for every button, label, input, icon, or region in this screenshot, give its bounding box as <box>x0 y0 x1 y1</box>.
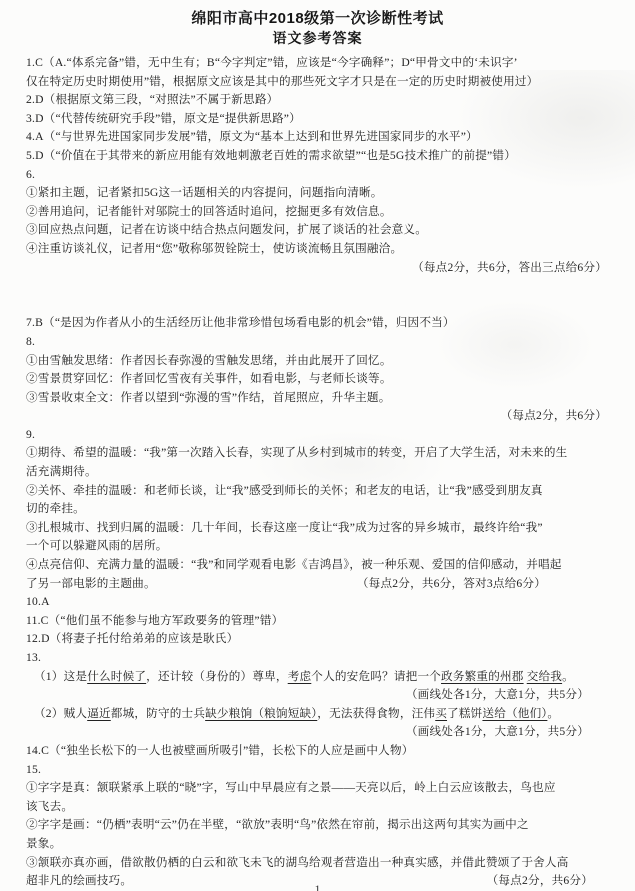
text-segment: 7.B（“是因为作者从小的生活经历让他非常珍惜包场看电影的机会”错，归因不当） <box>26 316 455 329</box>
exam-title: 绵阳市高中2018级第一次诊断性考试 <box>26 8 609 29</box>
document-page: 绵阳市高中2018级第一次诊断性考试 语文参考答案 1.C（A.“体系完备”错，… <box>0 0 635 891</box>
answer-line: ②关怀、牵挂的温暖：和老师长谈，让“我”感受到师长的关怀；和老友的电话，让“我”… <box>26 482 609 501</box>
answer-text: 2.D（根据原文第三段，“对照法”不属于新思路） <box>26 91 278 110</box>
answer-text: 该飞去。 <box>26 798 73 817</box>
answer-text: 切的牵挂。 <box>26 500 85 519</box>
answer-text: ①紧扣主题，记者紧扣5G这一话题相关的内容提问，问题指向清晰。 <box>26 184 383 203</box>
text-segment: 10.A <box>26 595 50 608</box>
text-segment: 13. <box>26 651 41 664</box>
answer-text: 1.C（A.“体系完备”错，无中生有；B“今字判定”错，应该是“今字确释”；D“… <box>26 54 518 73</box>
text-segment: ②字字是画：“仍栖”表明“云”仍在半壁，“欲放”表明“鸟”依然在帘前，揭示出这两… <box>26 818 529 831</box>
answer-text: （2）贼人逼近都城，防守的士兵缺少粮饷（粮饷短缺），无法获得食物，汪伟买了糕饼送… <box>34 705 559 724</box>
underlined-phrase: 逼近 <box>87 707 111 720</box>
answer-text: （1）这是什么时候了，还计较（身份的）尊卑，考虑个人的安危吗？请把一个政务繁重的… <box>34 668 574 687</box>
underlined-phrase: 政务繁重的州郡 <box>441 670 524 683</box>
answer-line: ①由雪触发思绪：作者因长春弥漫的雪触发思绪，并由此展开了回忆。 <box>26 352 609 371</box>
text-segment: 4.A（“与世界先进国家同步发展”错，原文为“基本上达到和世界先进国家同步的水平… <box>26 130 478 143</box>
text-segment: 仅在特定历史时期使用”错，根据原文应该是其中的那些死文字才只是在一定的历史时期被… <box>26 75 538 88</box>
answer-text: 5.D（“价值在于其带来的新应用能有效地刺激老百姓的需求欲望”“也是5G技术推广… <box>26 147 516 166</box>
underlined-phrase: 考虑 <box>288 670 312 683</box>
text-segment: ①紧扣主题，记者紧扣5G这一话题相关的内容提问，问题指向清晰。 <box>26 186 383 199</box>
answer-text: 10.A <box>26 593 50 612</box>
underlined-phrase: 送给（他们） <box>482 707 547 720</box>
answer-text: ①期待、希望的温暖：“我”第一次踏入长春，实现了从乡村到城市的转变，开启了大学生… <box>26 444 567 463</box>
answer-line: （每点2分，共6分，答出三点给6分） <box>26 259 609 278</box>
answer-text: 7.B（“是因为作者从小的生活经历让他非常珍惜包场看电影的机会”错，归因不当） <box>26 314 455 333</box>
answer-text: 仅在特定历史时期使用”错，根据原文应该是其中的那些死文字才只是在一定的历史时期被… <box>26 73 538 92</box>
answer-text: 15. <box>26 761 41 780</box>
answer-line: 6. <box>26 166 609 185</box>
answer-text: ②字字是画：“仍栖”表明“云”仍在半壁，“欲放”表明“鸟”依然在帘前，揭示出这两… <box>26 816 529 835</box>
answer-line: ①紧扣主题，记者紧扣5G这一话题相关的内容提问，问题指向清晰。 <box>26 184 609 203</box>
answer-text: ③雪景收束全文：作者以望到“弥漫的雪”作结，首尾照应，升华主题。 <box>26 389 391 408</box>
answer-line: （画线处各1分，大意1分，共5分） <box>26 723 609 742</box>
text-segment: ，无法获得食物，汪伟 <box>317 707 435 720</box>
text-segment: 14.C（“独坐长松下的一人也被壁画所吸引”错，长松下的人应是画中人物） <box>26 744 414 757</box>
text-segment: 个人的安危吗？请把一个 <box>311 670 441 683</box>
text-segment: （2）贼人 <box>34 707 87 720</box>
answer-text: 活充满期待。 <box>26 463 97 482</box>
text-segment: 了糕饼 <box>447 707 482 720</box>
blank-line <box>26 296 609 315</box>
answer-line: ②善用追问，记者能针对邬院士的回答适时追问，挖掘更多有效信息。 <box>26 203 609 222</box>
answer-line: 活充满期待。 <box>26 463 609 482</box>
underlined-phrase: 什么时候了 <box>87 670 146 683</box>
answer-line: ①期待、希望的温暖：“我”第一次踏入长春，实现了从乡村到城市的转变，开启了大学生… <box>26 444 609 463</box>
answer-text: ③颔联亦真亦画，借欲散仍栖的白云和欲飞未飞的湖鸟给观者营造出一种真实感，并借此赞… <box>26 854 569 873</box>
text-segment: ②雪景贯穿回忆：作者回忆雪夜有关事件，如看电影，与老师长谈等。 <box>26 372 392 385</box>
text-segment: 3.D（“代替传统研究手段”错，原文是“提供新思路”） <box>26 112 301 125</box>
answer-line: 10.A <box>26 593 609 612</box>
answer-text: ④注重访谈礼仪，记者用“您”敬称邬贺铨院士，使访谈流畅且氛围融洽。 <box>26 240 402 259</box>
answer-text: ②关怀、牵挂的温暖：和老师长谈，让“我”感受到师长的关怀；和老友的电话，让“我”… <box>26 482 543 501</box>
answer-line: 该飞去。 <box>26 798 609 817</box>
text-segment: 5.D（“价值在于其带来的新应用能有效地刺激老百姓的需求欲望”“也是5G技术推广… <box>26 149 516 162</box>
text-segment: 切的牵挂。 <box>26 502 85 515</box>
text-segment: 6. <box>26 168 35 181</box>
answer-text: ③回应热点问题，记者在访谈中结合热点问题发问，扩展了谈话的社会意义。 <box>26 221 427 240</box>
answer-line: ④点亮信仰、充满力量的温暖：“我”和同学观看电影《吉鸿昌》，被一种乐观、爱国的信… <box>26 556 609 575</box>
underlined-phrase: 缺少粮饷（粮饷短缺） <box>205 707 317 720</box>
text-segment: 。 <box>562 670 574 683</box>
text-segment: ②善用追问，记者能针对邬院士的回答适时追问，挖掘更多有效信息。 <box>26 205 392 218</box>
answer-line: 2.D（根据原文第三段，“对照法”不属于新思路） <box>26 91 609 110</box>
text-segment: ①字字是真：颔联紧承上联的“晓”字，写山中早晨应有之景——天亮以后，岭上白云应该… <box>26 781 556 794</box>
answer-line: 1.C（A.“体系完备”错，无中生有；B“今字判定”错，应该是“今字确释”；D“… <box>26 54 609 73</box>
answer-line: 切的牵挂。 <box>26 500 609 519</box>
answer-line: 15. <box>26 761 609 780</box>
text-segment: ③扎根城市、找到归属的温暖：几十年间，长春这座一度让“我”成为过客的异乡城市，最… <box>26 521 543 534</box>
answer-text: 13. <box>26 649 41 668</box>
text-segment: ①期待、希望的温暖：“我”第一次踏入长春，实现了从乡村到城市的转变，开启了大学生… <box>26 446 567 459</box>
answer-text: 8. <box>26 333 35 352</box>
answer-line: （每点2分，共6分） <box>26 407 609 426</box>
text-segment: ④注重访谈礼仪，记者用“您”敬称邬贺铨院士，使访谈流畅且氛围融洽。 <box>26 242 402 255</box>
answer-line: 13. <box>26 649 609 668</box>
text-segment: 活充满期待。 <box>26 465 97 478</box>
answer-line: （画线处各1分，大意1分，共5分） <box>26 686 609 705</box>
text-segment: 1.C（A.“体系完备”错，无中生有；B“今字判定”错，应该是“今字确释”；D“… <box>26 56 518 69</box>
answer-text: ③扎根城市、找到归属的温暖：几十年间，长春这座一度让“我”成为过客的异乡城市，最… <box>26 519 543 538</box>
answer-text: ①字字是真：颔联紧承上联的“晓”字，写山中早晨应有之景——天亮以后，岭上白云应该… <box>26 779 556 798</box>
answer-text <box>26 296 29 315</box>
answer-lines: 1.C（A.“体系完备”错，无中生有；B“今字判定”错，应该是“今字确释”；D“… <box>26 54 609 891</box>
text-segment: 景象。 <box>26 837 61 850</box>
answer-text: 12.D（将妻子托付给弟弟的应该是耿氏） <box>26 630 238 649</box>
text-segment: 8. <box>26 335 35 348</box>
answer-line: 5.D（“价值在于其带来的新应用能有效地刺激老百姓的需求欲望”“也是5G技术推广… <box>26 147 609 166</box>
score-note: （每点2分，共6分，答出三点给6分） <box>412 259 607 278</box>
answer-line: 14.C（“独坐长松下的一人也被壁画所吸引”错，长松下的人应是画中人物） <box>26 742 609 761</box>
text-segment: ①由雪触发思绪：作者因长春弥漫的雪触发思绪，并由此展开了回忆。 <box>26 354 392 367</box>
text-segment: 2.D（根据原文第三段，“对照法”不属于新思路） <box>26 93 278 106</box>
text-segment: 一个可以躲避风雨的居所。 <box>26 539 168 552</box>
answer-line: 4.A（“与世界先进国家同步发展”错，原文为“基本上达到和世界先进国家同步的水平… <box>26 128 609 147</box>
answer-line: 8. <box>26 333 609 352</box>
answer-text: 了另一部电影的主题曲。 <box>26 575 156 594</box>
text-segment: ④点亮信仰、充满力量的温暖：“我”和同学观看电影《吉鸿昌》，被一种乐观、爱国的信… <box>26 558 562 571</box>
answer-text: ④点亮信仰、充满力量的温暖：“我”和同学观看电影《吉鸿昌》，被一种乐观、爱国的信… <box>26 556 562 575</box>
answer-line: 7.B（“是因为作者从小的生活经历让他非常珍惜包场看电影的机会”错，归因不当） <box>26 314 609 333</box>
answer-line: （1）这是什么时候了，还计较（身份的）尊卑，考虑个人的安危吗？请把一个政务繁重的… <box>26 668 609 687</box>
answer-line: ②雪景贯穿回忆：作者回忆雪夜有关事件，如看电影，与老师长谈等。 <box>26 370 609 389</box>
answer-line: （2）贼人逼近都城，防守的士兵缺少粮饷（粮饷短缺），无法获得食物，汪伟买了糕饼送… <box>26 705 609 724</box>
answer-line: 了另一部电影的主题曲。（每点2分，共6分，答对3点给6分） <box>26 575 609 594</box>
text-segment: 都城，防守的士兵 <box>111 707 205 720</box>
answer-line: ③回应热点问题，记者在访谈中结合热点问题发问，扩展了谈话的社会意义。 <box>26 221 609 240</box>
text-segment: 12.D（将妻子托付给弟弟的应该是耿氏） <box>26 632 238 645</box>
answer-line: 景象。 <box>26 835 609 854</box>
answer-text: 景象。 <box>26 835 61 854</box>
text-segment: 了另一部电影的主题曲。 <box>26 577 156 590</box>
page-number: 1 <box>0 882 635 891</box>
answer-text: 一个可以躲避风雨的居所。 <box>26 537 168 556</box>
text-segment: ②关怀、牵挂的温暖：和老师长谈，让“我”感受到师长的关怀；和老友的电话，让“我”… <box>26 484 543 497</box>
text-segment: 。 <box>547 707 559 720</box>
answer-line: ①字字是真：颔联紧承上联的“晓”字，写山中早晨应有之景——天亮以后，岭上白云应该… <box>26 779 609 798</box>
answer-text: 4.A（“与世界先进国家同步发展”错，原文为“基本上达到和世界先进国家同步的水平… <box>26 128 478 147</box>
answer-line: ③雪景收束全文：作者以望到“弥漫的雪”作结，首尾照应，升华主题。 <box>26 389 609 408</box>
answer-text: 11.C（“他们虽不能参与地方军政要务的管理”错） <box>26 612 283 631</box>
answer-line: 3.D（“代替传统研究手段”错，原文是“提供新思路”） <box>26 110 609 129</box>
score-note: （画线处各1分，大意1分，共5分） <box>406 686 589 705</box>
answer-text: ②善用追问，记者能针对邬院士的回答适时追问，挖掘更多有效信息。 <box>26 203 392 222</box>
answer-line: 12.D（将妻子托付给弟弟的应该是耿氏） <box>26 630 609 649</box>
answer-line: 一个可以躲避风雨的居所。 <box>26 537 609 556</box>
answer-line: 9. <box>26 426 609 445</box>
answer-text <box>26 277 29 296</box>
answer-text: ②雪景贯穿回忆：作者回忆雪夜有关事件，如看电影，与老师长谈等。 <box>26 370 392 389</box>
text-segment: ③颔联亦真亦画，借欲散仍栖的白云和欲飞未飞的湖鸟给观者营造出一种真实感，并借此赞… <box>26 856 569 869</box>
text-segment: 该飞去。 <box>26 800 73 813</box>
answer-line: ②字字是画：“仍栖”表明“云”仍在半壁，“欲放”表明“鸟”依然在帘前，揭示出这两… <box>26 816 609 835</box>
text-segment: 15. <box>26 763 41 776</box>
text-segment: （1）这是 <box>34 670 87 683</box>
text-segment: ③雪景收束全文：作者以望到“弥漫的雪”作结，首尾照应，升华主题。 <box>26 391 391 404</box>
answer-line: ③颔联亦真亦画，借欲散仍栖的白云和欲飞未飞的湖鸟给观者营造出一种真实感，并借此赞… <box>26 854 609 873</box>
answers-heading: 语文参考答案 <box>26 29 609 48</box>
answer-text: 14.C（“独坐长松下的一人也被壁画所吸引”错，长松下的人应是画中人物） <box>26 742 414 761</box>
underlined-phrase: 买 <box>435 707 447 720</box>
answer-text: 9. <box>26 426 35 445</box>
answer-line: ③扎根城市、找到归属的温暖：几十年间，长春这座一度让“我”成为过客的异乡城市，最… <box>26 519 609 538</box>
answer-line: 11.C（“他们虽不能参与地方军政要务的管理”错） <box>26 612 609 631</box>
text-segment: 9. <box>26 428 35 441</box>
underlined-phrase: 交给我 <box>527 670 562 683</box>
text-segment: ，还计较（身份的）尊卑， <box>146 670 288 683</box>
answer-text: ①由雪触发思绪：作者因长春弥漫的雪触发思绪，并由此展开了回忆。 <box>26 352 392 371</box>
answer-text: 6. <box>26 166 35 185</box>
answer-text: 3.D（“代替传统研究手段”错，原文是“提供新思路”） <box>26 110 301 129</box>
answer-line: 仅在特定历史时期使用”错，根据原文应该是其中的那些死文字才只是在一定的历史时期被… <box>26 73 609 92</box>
text-segment: 11.C（“他们虽不能参与地方军政要务的管理”错） <box>26 614 283 627</box>
answer-line: ④注重访谈礼仪，记者用“您”敬称邬贺铨院士，使访谈流畅且氛围融洽。 <box>26 240 609 259</box>
score-note: （每点2分，共6分，答对3点给6分） <box>357 575 546 594</box>
text-segment: ③回应热点问题，记者在访谈中结合热点问题发问，扩展了谈话的社会意义。 <box>26 223 427 236</box>
score-note: （画线处各1分，大意1分，共5分） <box>406 723 589 742</box>
score-note: （每点2分，共6分） <box>501 407 607 426</box>
blank-line <box>26 277 609 296</box>
